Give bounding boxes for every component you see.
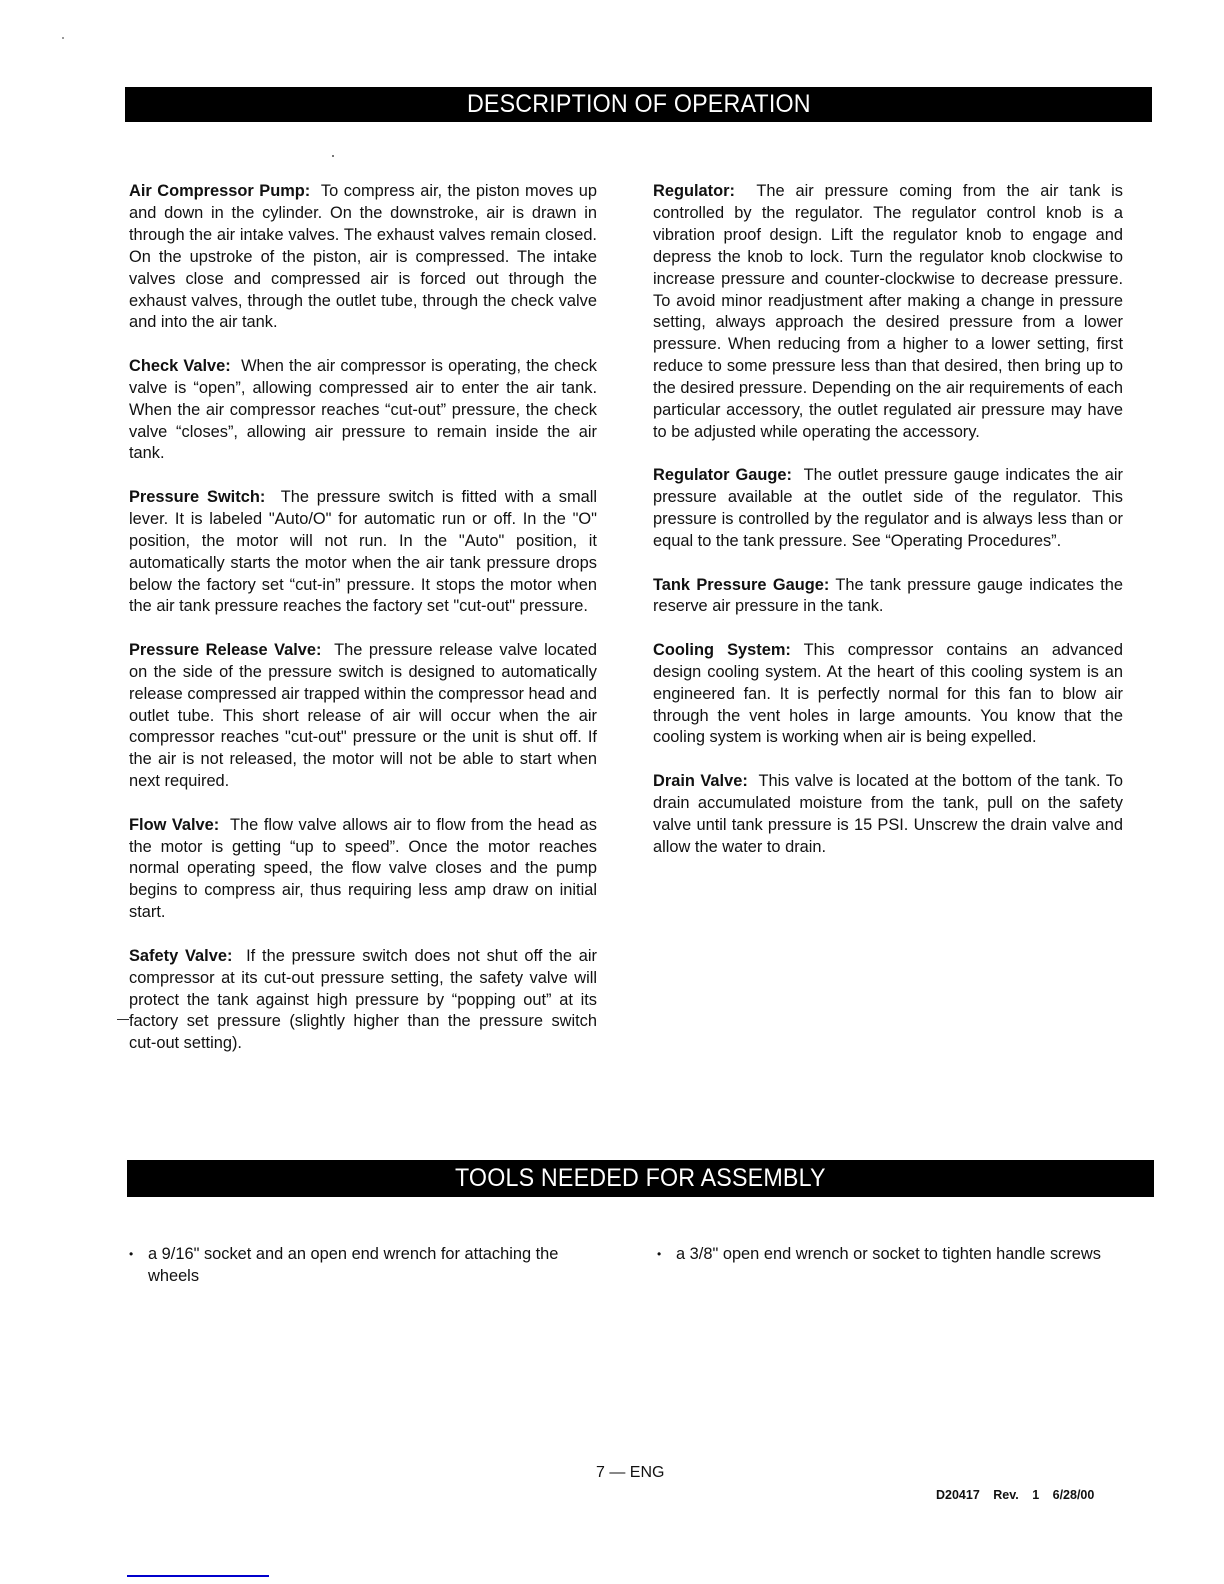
paragraph-check-valve: Check Valve: When the air compressor is … [129, 356, 597, 466]
bullet-icon: • [657, 1244, 661, 1266]
paragraph-tank-pressure-gauge: Tank Pressure Gauge: The tank pressure g… [653, 575, 1123, 619]
section-banner-tools-needed: TOOLS NEEDED FOR ASSEMBLY [127, 1160, 1154, 1197]
term: Cooling System: [653, 641, 791, 659]
tool-text: a 3/8" open end wrench or socket to tigh… [657, 1244, 1127, 1266]
paragraph-drain-valve: Drain Valve: This valve is located at th… [653, 771, 1123, 859]
paragraph-pressure-release-valve: Pressure Release Valve: The pressure rel… [129, 640, 597, 793]
document-id: D20417 Rev. 1 6/28/00 [936, 1488, 1094, 1502]
tool-list-item: • a 9/16" socket and an open end wrench … [129, 1244, 609, 1287]
description: The air pressure coming from the air tan… [653, 182, 1123, 441]
term: Pressure Release Valve: [129, 641, 322, 659]
term: Flow Valve: [129, 816, 219, 834]
description: The pressure release valve lo­cated on t… [129, 641, 597, 790]
scan-speck [62, 37, 64, 39]
term: Air Compressor Pump: [129, 182, 310, 200]
paragraph-air-compressor-pump: Air Compressor Pump: To compress air, th… [129, 181, 597, 334]
term: Regulator: [653, 182, 735, 200]
term: Check Valve: [129, 357, 231, 375]
left-column: Air Compressor Pump: To compress air, th… [129, 181, 597, 1077]
margin-mark [117, 1019, 129, 1020]
description: To compress air, the piston moves up and… [129, 182, 597, 331]
paragraph-cooling-system: Cooling System: This compressor contains… [653, 640, 1123, 750]
paragraph-regulator-gauge: Regulator Gauge: The outlet pressure gau… [653, 465, 1123, 553]
page-number: 7 — ENG [596, 1464, 664, 1482]
link-underline [127, 1575, 269, 1577]
paragraph-flow-valve: Flow Valve: The flow valve allows air to… [129, 815, 597, 925]
bullet-icon: • [129, 1244, 133, 1266]
paragraph-safety-valve: Safety Valve: If the pressure switch doe… [129, 946, 597, 1056]
term: Drain Valve: [653, 772, 748, 790]
section-title: DESCRIPTION OF OPERATION [467, 90, 811, 119]
term: Pressure Switch: [129, 488, 265, 506]
paragraph-regulator: Regulator: The air pressure coming from … [653, 181, 1123, 444]
scan-speck [332, 155, 334, 157]
section-banner-description-of-operation: DESCRIPTION OF OPERATION [125, 87, 1152, 122]
term: Tank Pressure Gauge: [653, 576, 829, 594]
tool-text: a 9/16" socket and an open end wrench fo… [129, 1244, 609, 1287]
right-column: Regulator: The air pressure coming from … [653, 181, 1123, 880]
description: The pressure switch is fitted with a sma… [129, 488, 597, 616]
section-title: TOOLS NEEDED FOR ASSEMBLY [455, 1164, 826, 1193]
tool-list-item: • a 3/8" open end wrench or socket to ti… [657, 1244, 1127, 1266]
paragraph-pressure-switch: Pressure Switch: The pressure switch is … [129, 487, 597, 618]
term: Safety Valve: [129, 947, 232, 965]
term: Regulator Gauge: [653, 466, 792, 484]
